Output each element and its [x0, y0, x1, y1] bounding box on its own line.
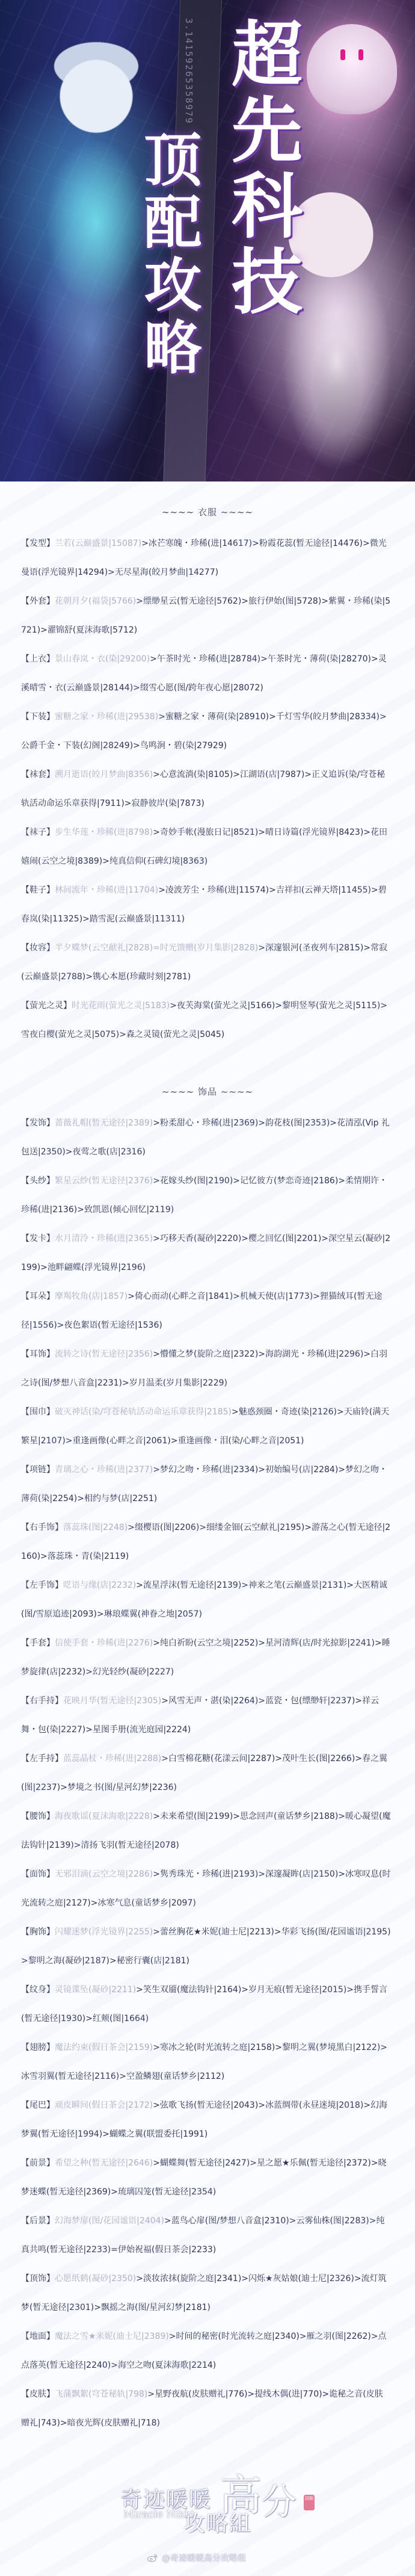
list-item: 【耳饰】流转之诗(暂无途径|2356)>懵懂之梦(旋阶之庭|2322)>海韵湖光… [0, 1340, 415, 1398]
list-item: 【鞋子】林间流年・珍稀(进|11704)>凌波芳尘・珍稀(进|11574)>吉祥… [0, 876, 415, 933]
list-item: 【下装】蜜糖之家・珍稀(进|29538)>蜜糖之家・薄荷(染|28910)>千灯… [0, 702, 415, 760]
list-item: 【右手饰】落蕊珠(图|2248)>缀樱语(图|2206)>细缕金钿(云空献礼|2… [0, 1513, 415, 1571]
entry-best-item: 魔法之雪★米妮(迪士尼|2389) [55, 2332, 169, 2341]
list-item: 【前景】希望之种(暂无途径|2646)>蝴蝶舞(暂无途径|2427)>星之愿★乐… [0, 2149, 415, 2206]
logo-seal: 国服 [304, 2495, 315, 2510]
entry-best-item: 顽皮瞬间(假日茶会|2172) [55, 2101, 153, 2110]
entry-best-item: 蓝蕊晶杖・珍稀(进|2288) [63, 1754, 161, 1763]
entry-best-item: 花朝月夕(福袋|5766) [55, 596, 136, 606]
guide-content: ~~~~ 衣服 ~~~~ 【发型】兰若(云巅盛景|15087)>冰芒寒魄・珍稀(… [0, 481, 415, 2576]
list-item: 【萤光之灵】时光花雨(萤光之灵|5183)>夜芙海棠(萤光之灵|5166)>黎明… [0, 991, 415, 1049]
entry-best-item: 半夕蝶梦(云空献礼|2828)=时光馈赠(岁月集影|2828) [55, 943, 258, 953]
list-item: 【发型】兰若(云巅盛景|15087)>冰芒寒魄・珍稀(进|14617)>粉霞花蕊… [0, 529, 415, 587]
entry-best-item: 信使手套・珍稀(进|2276) [55, 1638, 153, 1648]
weibo-handle: @奇迹暖暖高分攻略组 [162, 2552, 246, 2564]
entry-best-item: 繁星云纱(暂无途径|2376) [55, 1176, 153, 1186]
list-item: 【左手饰】呓语与缘(店|2232)>流星浮沫(暂无途径|2139)>神来之笔(云… [0, 1571, 415, 1629]
entry-best-item: 景山春岚・衣(染|29200) [55, 654, 150, 664]
entry-best-item: 闪耀迷梦(浮光镜界|2255) [55, 1927, 153, 1937]
list-item: 【右手持】花映月华(暂无途径|2305)>风雪无声・湛(染|2264)>蓝瓷・包… [0, 1686, 415, 1744]
entry-category: 【右手持】 [21, 1696, 63, 1706]
entry-category: 【皮肤】 [21, 2389, 55, 2399]
entry-best-item: 无邪泪滴(云空之境|2286) [55, 1869, 153, 1879]
list-item: 【袜套】溯月逝语(皎月梦曲|8356)>心意流淌(染|8105)>江湖语(店|7… [0, 760, 415, 818]
section-accessories: ~~~~ 饰品 ~~~~ 【发饰】蔷薇礼帽(暂无途径|2389)>粉柔甜心・珍稀… [0, 1085, 415, 2438]
entry-category: 【发卡】 [21, 1234, 55, 1243]
entry-category: 【耳朵】 [21, 1292, 55, 1301]
entry-best-item: 花映月华(暂无途径|2305) [63, 1696, 161, 1706]
hero-banner: 3.14159265358979 超先科技 顶配攻略 [0, 0, 415, 481]
entry-category: 【鞋子】 [21, 885, 55, 895]
entry-category: 【尾巴】 [21, 2101, 55, 2110]
guide-page: 3.14159265358979 超先科技 顶配攻略 ~~~~ 衣服 ~~~~ … [0, 0, 415, 2576]
entry-category: 【项链】 [21, 1465, 55, 1475]
logo-line2: 攻略組 [183, 2507, 252, 2537]
entry-category: 【耳饰】 [21, 1349, 55, 1359]
entry-best-item: 时光花雨(萤光之灵|5183) [72, 1001, 170, 1011]
list-item: 【尾巴】顽皮瞬间(假日茶会|2172)>弦歌飞扬(暂无途径|2043)>冰蓝绸带… [0, 2091, 415, 2149]
entry-category: 【前景】 [21, 2158, 55, 2168]
entry-best-item: 魔法约束(假日茶会|2159) [55, 2043, 153, 2052]
hero-title-main: 超先科技 [221, 17, 301, 320]
entry-list: 【发饰】蔷薇礼帽(暂无途径|2389)>粉柔甜心・珍稀(进|2369)>韵花枝(… [0, 1109, 415, 2438]
entry-category: 【萤光之灵】 [21, 1001, 72, 1011]
section-clothes: ~~~~ 衣服 ~~~~ 【发型】兰若(云巅盛景|15087)>冰芒寒魄・珍稀(… [0, 506, 415, 1049]
entry-best-item: 摩羯牧角(店|1857) [55, 1292, 128, 1301]
entry-best-item: 心愿纸鹤(凝砂|2350) [55, 2274, 136, 2283]
entry-category: 【围巾】 [21, 1407, 55, 1417]
entry-category: 【左手饰】 [21, 1581, 63, 1590]
strip-number: 3.14159265358979 [183, 18, 194, 125]
entry-best-item: 步生华莲・珍稀(进|8798) [55, 828, 153, 837]
list-item: 【左手持】蓝蕊晶杖・珍稀(进|2288)>白雪棉花糖(花漾云间|2287)>茂叶… [0, 1744, 415, 1802]
entry-category: 【纹身】 [21, 1985, 55, 1995]
entry-best-item: 飞蒲飘絮(穹苍秘轨|798) [55, 2389, 147, 2399]
entry-category: 【袜子】 [21, 828, 55, 837]
entry-category: 【妆容】 [21, 943, 55, 953]
robot-cat-illustration [307, 24, 397, 114]
list-item: 【翅膀】魔法约束(假日茶会|2159)>寒冰之轮(时光流转之庭|2158)>黎明… [0, 2033, 415, 2091]
list-item: 【手套】信使手套・珍稀(进|2276)>纯白祈盼(云空之境|2252)>星河清辉… [0, 1629, 415, 1686]
list-item: 【纹身】灵镜谍坠(凝砂|2211)>笑生双靥(魔法钩针|2164)>岁月无痕(暂… [0, 1975, 415, 2033]
list-item: 【头纱】繁星云纱(暂无途径|2376)>花嫁头纱(图|2190)>记忆彼方(梦恋… [0, 1166, 415, 1224]
entry-best-item: 流转之诗(暂无途径|2356) [55, 1349, 153, 1359]
list-item: 【皮肤】飞蒲飘絮(穹苍秘轨|798)>星野夜航(皮肤赠礼|776)>提线木偶(进… [0, 2380, 415, 2438]
list-item: 【围巾】破灭神话(染/穹苍秘轨活动命运乐章获得|2185)>魅惑颈圈・奇迹(染|… [0, 1398, 415, 1455]
entry-category: 【发饰】 [21, 1118, 55, 1128]
entry-best-item: 水月清泠・珍稀(进|2365) [55, 1234, 153, 1243]
entry-best-item: 灵镜谍坠(凝砂|2211) [55, 1985, 136, 1995]
list-item: 【面饰】无邪泪滴(云空之境|2286)>隽秀珠光・珍稀(进|2193)>深邃凝眸… [0, 1860, 415, 1918]
entry-category: 【头纱】 [21, 1176, 55, 1186]
list-item: 【腰饰】海夜歌谣(夏沫海歌|2228)>未来希望(图|2199)>思念回声(童话… [0, 1802, 415, 1860]
footer: 奇迹暖暖 高 分 Miracle Nikki 攻略組 国服 @奇迹暖暖高分攻略组 [0, 2438, 415, 2576]
entry-category: 【胸饰】 [21, 1927, 55, 1937]
entry-best-item: 希望之种(暂无途径|2646) [55, 2158, 153, 2168]
entry-best-item: 蔷薇礼帽(暂无途径|2389) [55, 1118, 153, 1128]
list-item: 【妆容】半夕蝶梦(云空献礼|2828)=时光馈赠(岁月集影|2828)>深邃银河… [0, 933, 415, 991]
list-item: 【项链】青璃之心・珍稀(进|2377)>梦幻之吻・珍稀(进|2334)>初始编号… [0, 1455, 415, 1513]
entry-category: 【腰饰】 [21, 1812, 55, 1821]
entry-best-item: 林间流年・珍稀(进|11704) [55, 885, 158, 895]
list-item: 【顶饰】心愿纸鹤(凝砂|2350)>淡妆浓抹(旋阶之庭|2341)>闪烁★灰姑娘… [0, 2264, 415, 2322]
entry-category: 【后景】 [21, 2216, 55, 2226]
entry-category: 【面饰】 [21, 1869, 55, 1879]
weibo-icon [147, 2554, 158, 2562]
entry-category: 【发型】 [21, 539, 55, 548]
entry-best-item: 破灭神话(染/穹苍秘轨活动命运乐章获得|2185) [55, 1407, 232, 1417]
entry-best-item: 海夜歌谣(夏沫海歌|2228) [55, 1812, 153, 1821]
entry-category: 【手套】 [21, 1638, 55, 1648]
entry-category: 【袜套】 [21, 770, 55, 779]
list-item: 【地面】魔法之雪★米妮(迪士尼|2389)>时间的秘密(时光流转之庭|2340)… [0, 2322, 415, 2380]
entry-category: 【左手持】 [21, 1754, 63, 1763]
entry-best-item: 落蕊珠(图|2248) [63, 1523, 128, 1532]
entry-category: 【顶饰】 [21, 2274, 55, 2283]
list-item: 【外套】花朝月夕(福袋|5766)>缥缈星云(暂无途径|5762)>旅行伊始(图… [0, 587, 415, 645]
list-item: 【耳朵】摩羯牧角(店|1857)>倚心而动(心畔之音|1841)>机械天使(店|… [0, 1282, 415, 1340]
entry-category: 【右手饰】 [21, 1523, 63, 1532]
entry-best-item: 蜜糖之家・珍稀(进|29538) [55, 712, 158, 722]
entry-list: 【发型】兰若(云巅盛景|15087)>冰芒寒魄・珍稀(进|14617)>粉霞花蕊… [0, 529, 415, 1049]
logo-big2: 分 [262, 2474, 297, 2524]
weibo-credit[interactable]: @奇迹暖暖高分攻略组 [147, 2552, 246, 2564]
list-item: 【发卡】水月清泠・珍稀(进|2365)>巧移天香(凝砂|2220)>樱之回忆(图… [0, 1224, 415, 1282]
entry-category: 【上衣】 [21, 654, 55, 664]
entry-best-item: 呓语与缘(店|2232) [63, 1581, 136, 1590]
entry-category: 【翅膀】 [21, 2043, 55, 2052]
entry-best-item: 兰若(云巅盛景|15087) [55, 539, 141, 548]
list-item: 【发饰】蔷薇礼帽(暂无途径|2389)>粉柔甜心・珍稀(进|2369)>韵花枝(… [0, 1109, 415, 1166]
entry-best-item: 幻海梦扉(图/花园谧语|2404) [55, 2216, 164, 2226]
list-item: 【袜子】步生华莲・珍稀(进|8798)>奇妙手帐(漫旅日记|8521)>晴日诗篇… [0, 818, 415, 876]
miracle-nikki-logo: 奇迹暖暖 高 分 Miracle Nikki 攻略組 国服 [120, 2462, 319, 2540]
list-item: 【上衣】景山春岚・衣(染|29200)>午茶时光・珍稀(进|28784)>午茶时… [0, 645, 415, 702]
entry-category: 【外套】 [21, 596, 55, 606]
list-item: 【胸饰】闪耀迷梦(浮光镜界|2255)>蕾丝胸花★米妮(迪士尼|2213)>华彩… [0, 1918, 415, 1975]
entry-category: 【地面】 [21, 2332, 55, 2341]
section-title: ~~~~ 衣服 ~~~~ [0, 506, 415, 518]
hero-title-sub: 顶配攻略 [135, 129, 201, 380]
entry-best-item: 青璃之心・珍稀(进|2377) [55, 1465, 153, 1475]
section-title: ~~~~ 饰品 ~~~~ [0, 1085, 415, 1098]
list-item: 【后景】幻海梦扉(图/花园谧语|2404)>蓝鸟心扉(图/梦想八音盒|2310)… [0, 2206, 415, 2264]
entry-category: 【下装】 [21, 712, 55, 722]
entry-best-item: 溯月逝语(皎月梦曲|8356) [55, 770, 153, 779]
